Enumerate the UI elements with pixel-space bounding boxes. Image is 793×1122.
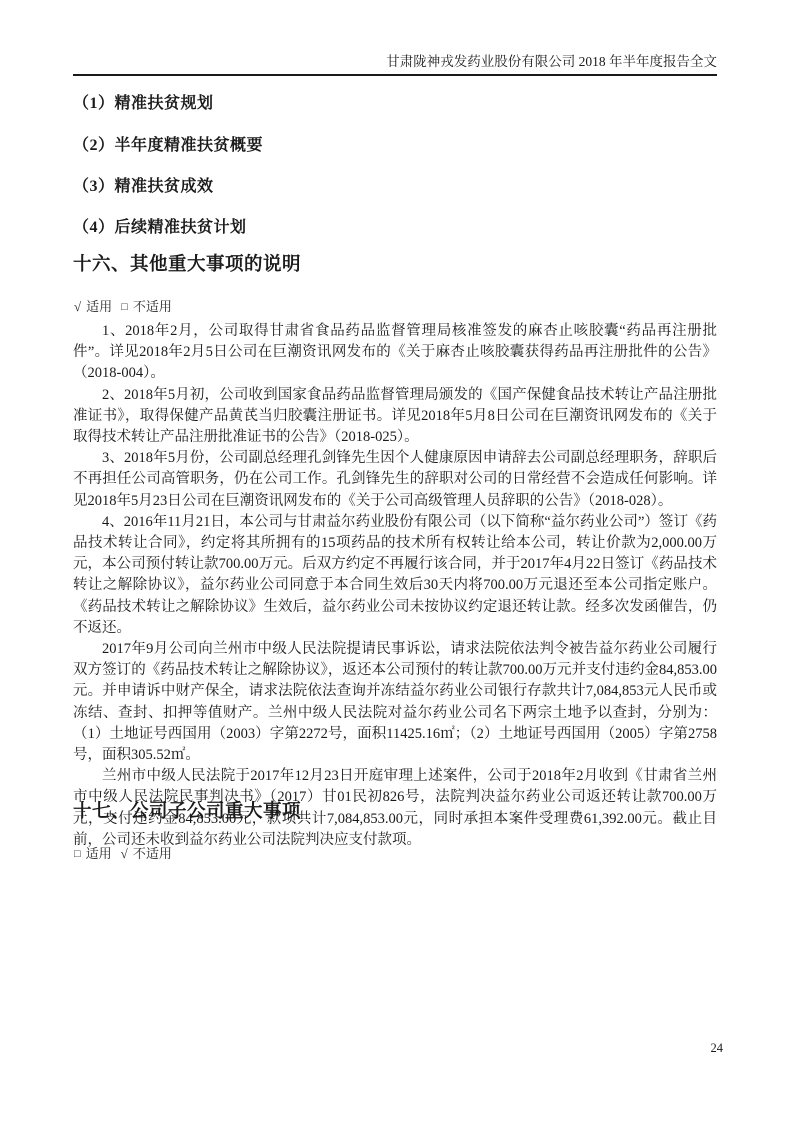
section-17-title: 十七、公司子公司重大事项 xyxy=(73,800,717,824)
section-16-applicability: √适用□不适用 xyxy=(74,299,718,316)
applicable-label: 适用 xyxy=(86,299,112,314)
paragraph-drug-reregistration: 1、2018年2月，公司取得甘肃省食品药品监督管理局核准签发的麻杏止咳胶囊“药品… xyxy=(73,321,717,385)
checkbox-empty-icon: □ xyxy=(121,299,128,315)
subsection-heading-followup-plan: （4）后续精准扶贫计划 xyxy=(73,218,717,238)
subsection-heading-halfyear-summary: （2）半年度精准扶贫概要 xyxy=(73,136,717,156)
paragraph-tech-transfer-contract: 4、2016年11月21日，本公司与甘肃益尔药业股份有限公司（以下简称“益尔药业… xyxy=(73,512,717,639)
section-17-applicability: □适用√不适用 xyxy=(74,846,718,863)
checkbox-empty-icon: □ xyxy=(74,846,81,862)
paragraph-executive-resignation: 3、2018年5月份，公司副总经理孔剑锋先生因个人健康原因申请辞去公司副总经理职… xyxy=(73,448,717,512)
subsection-heading-poverty-results: （3）精准扶贫成效 xyxy=(73,177,717,197)
check-icon: √ xyxy=(121,846,128,862)
applicable-label: 适用 xyxy=(86,846,112,861)
paragraph-health-product-certificate: 2、2018年5月初，公司收到国家食品药品监督管理局颁发的《国产保健食品技术转让… xyxy=(73,385,717,449)
paragraph-lawsuit-filing: 2017年9月公司向兰州市中级人民法院提请民事诉讼，请求法院依法判令被告益尔药业… xyxy=(73,639,717,766)
report-page: 甘肃陇神戎发药业股份有限公司 2018 年半年度报告全文 （1）精准扶贫规划 （… xyxy=(0,0,793,1122)
not-applicable-label: 不适用 xyxy=(133,846,172,861)
not-applicable-label: 不适用 xyxy=(133,299,172,314)
subsection-heading-poverty-plan: （1）精准扶贫规划 xyxy=(73,94,717,114)
page-header: 甘肃陇神戎发药业股份有限公司 2018 年半年度报告全文 xyxy=(73,53,717,76)
check-icon: √ xyxy=(74,299,81,315)
section-16-title: 十六、其他重大事项的说明 xyxy=(73,253,717,277)
section-16-body: 1、2018年2月，公司取得甘肃省食品药品监督管理局核准签发的麻杏止咳胶囊“药品… xyxy=(73,321,717,851)
header-title: 甘肃陇神戎发药业股份有限公司 2018 年半年度报告全文 xyxy=(386,54,717,69)
page-number: 24 xyxy=(711,1041,724,1056)
